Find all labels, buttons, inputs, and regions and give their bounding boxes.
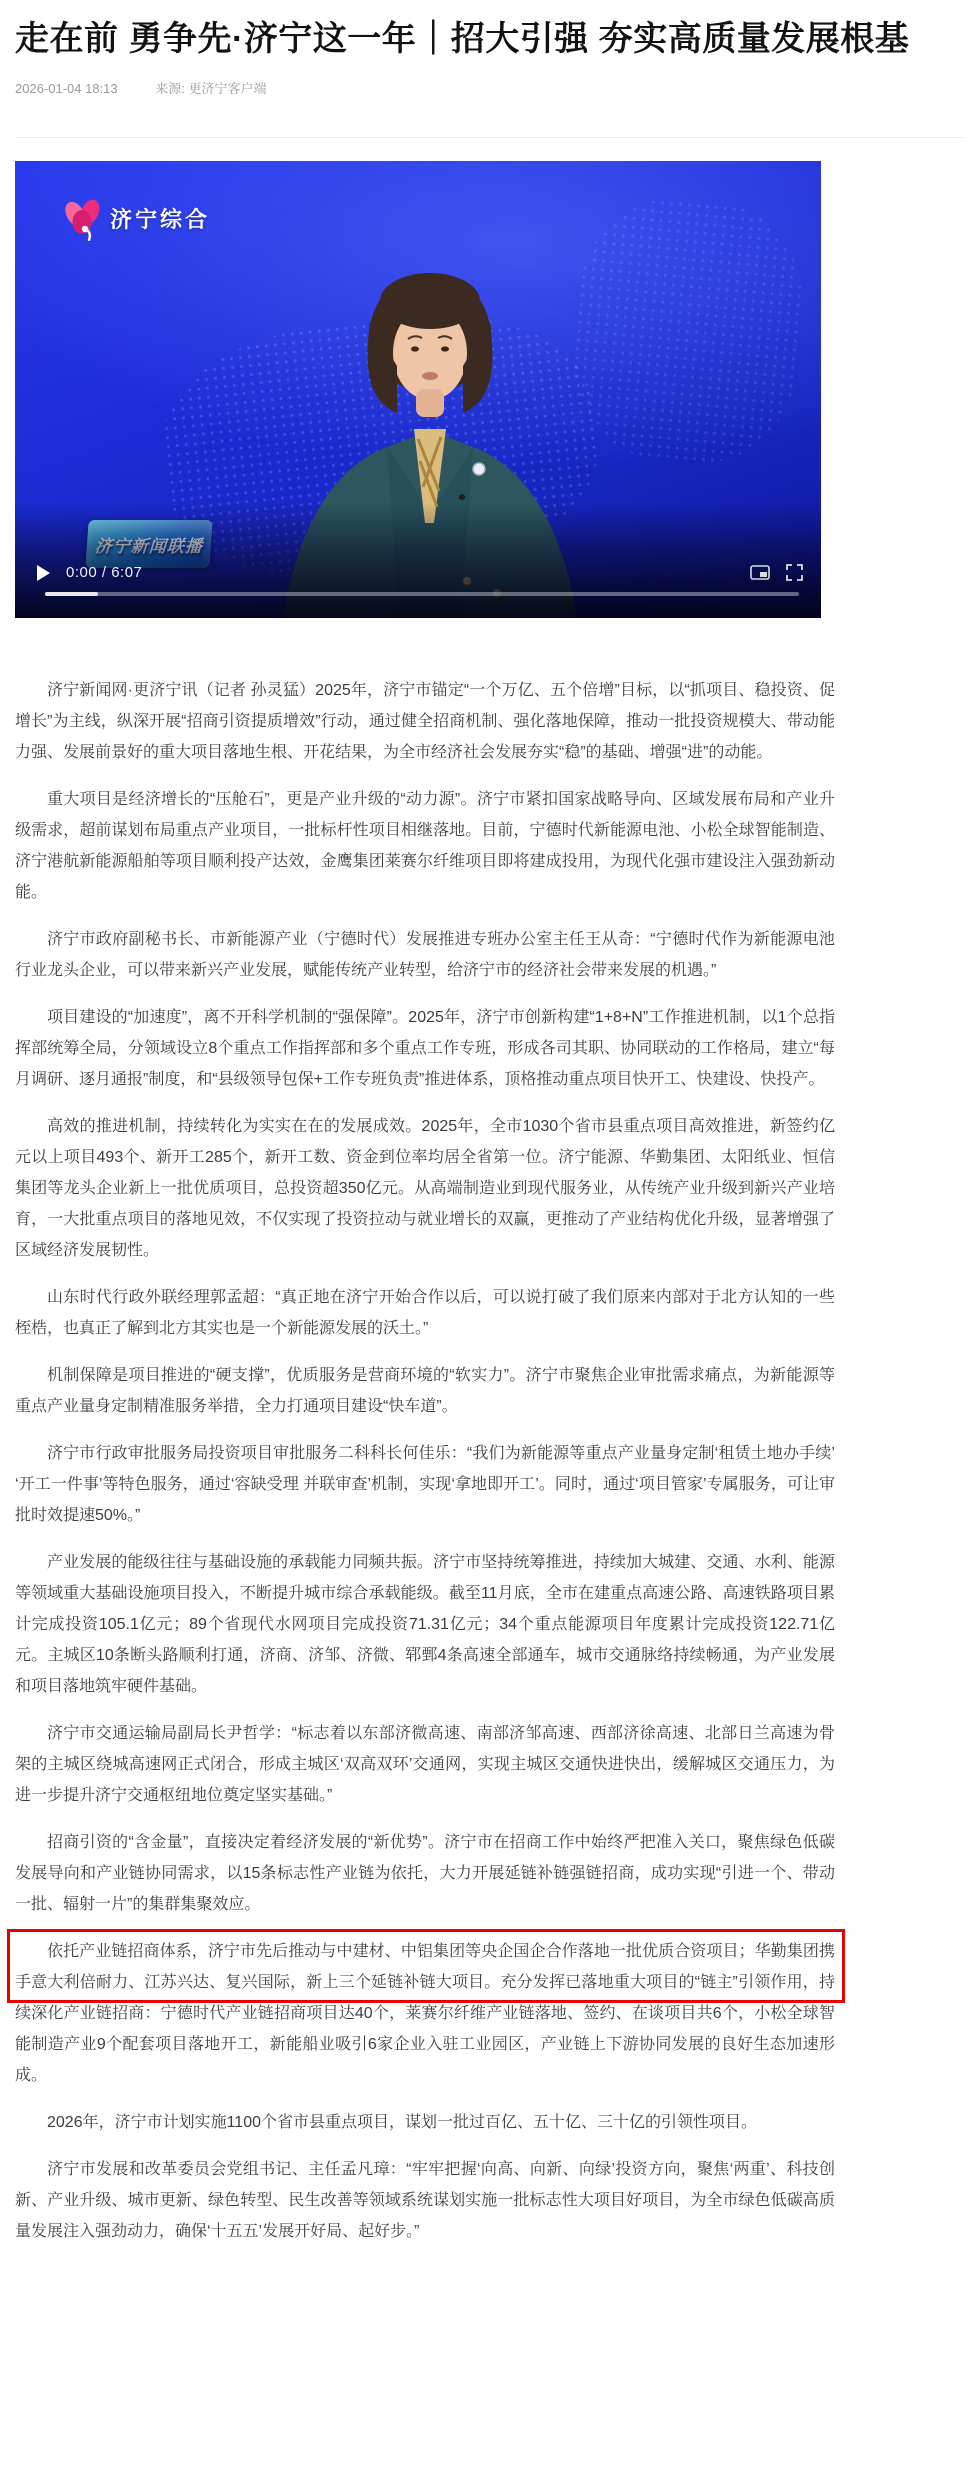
article-paragraph: 项目建设的“加速度”，离不开科学机制的“强保障”。2025年，济宁市创新构建“1… xyxy=(15,1002,835,1095)
channel-logo: 济宁综合 xyxy=(63,197,210,241)
article-paragraph: 山东时代行政外联经理郭孟超：“真正地在济宁开始合作以后，可以说打破了我们原来内部… xyxy=(15,1282,835,1344)
article-paragraph: 济宁市行政审批服务局投资项目审批服务二科科长何佳乐：“我们为新能源等重点产业量身… xyxy=(15,1438,835,1531)
page-title: 走在前 勇争先·济宁这一年｜招大引强 夯实高质量发展根基 xyxy=(15,16,979,64)
video-controls: 0:00 / 6:07 xyxy=(15,560,821,586)
article-paragraph: 济宁新闻网·更济宁讯（记者 孙灵猛）2025年，济宁市锚定“一个万亿、五个倍增”… xyxy=(15,675,835,768)
article-paragraph: 2026年，济宁市计划实施1100个省市县重点项目，谋划一批过百亿、五十亿、三十… xyxy=(15,2107,835,2138)
channel-logo-label: 济宁综合 xyxy=(110,203,210,234)
progress-played xyxy=(45,592,98,596)
lotus-flower-icon xyxy=(63,197,101,241)
article-paragraph: 济宁市交通运输局副局长尹哲学：“标志着以东部济微高速、南部济邹高速、西部济徐高速… xyxy=(15,1718,835,1811)
article-paragraph: 济宁市政府副秘书长、市新能源产业（宁德时代）发展推进专班办公室主任王从奇：“宁德… xyxy=(15,924,835,986)
article-body: 济宁新闻网·更济宁讯（记者 孙灵猛）2025年，济宁市锚定“一个万亿、五个倍增”… xyxy=(15,675,835,2247)
article-paragraph-highlighted: 依托产业链招商体系，济宁市先后推动与中建材、中铝集团等央企国企合作落地一批优质合… xyxy=(15,1936,835,2091)
article-paragraph: 济宁市发展和改革委员会党组书记、主任孟凡璋：“牢牢把握‘向高、向新、向绿’投资方… xyxy=(15,2154,835,2247)
article-paragraph: 重大项目是经济增长的“压舱石”，更是产业升级的“动力源”。济宁市紧扣国家战略导向… xyxy=(15,784,835,908)
play-button[interactable] xyxy=(37,565,50,581)
source-name: 更济宁客户端 xyxy=(189,81,267,96)
article-paragraph: 高效的推进机制，持续转化为实实在在的发展成效。2025年，全市1030个省市县重… xyxy=(15,1111,835,1266)
video-player[interactable]: 济宁综合 济宁新闻联播 0:00 / 6:07 xyxy=(15,161,821,618)
header-divider xyxy=(15,137,964,138)
article-paragraph: 招商引资的“含金量”，直接决定着经济发展的“新优势”。济宁市在招商工作中始终严把… xyxy=(15,1827,835,1920)
time-display: 0:00 / 6:07 xyxy=(66,564,142,581)
article-meta: 2026-01-04 18:13 来源: 更济宁客户端 xyxy=(15,78,979,97)
source-label: 来源: xyxy=(155,81,185,96)
progress-bar[interactable] xyxy=(45,592,799,596)
publish-date: 2026-01-04 18:13 xyxy=(15,81,118,96)
article-paragraph: 机制保障是项目推进的“硬支撑”，优质服务是营商环境的“软实力”。济宁市聚焦企业审… xyxy=(15,1360,835,1422)
article-page: 走在前 勇争先·济宁这一年｜招大引强 夯实高质量发展根基 2026-01-04 … xyxy=(0,16,979,2473)
fullscreen-icon[interactable] xyxy=(786,564,803,581)
highlight-box xyxy=(7,1929,845,2003)
article-paragraph: 产业发展的能级往往与基础设施的承载能力同频共振。济宁市坚持统筹推进，持续加大城建… xyxy=(15,1547,835,1702)
mini-player-icon[interactable] xyxy=(750,565,770,580)
